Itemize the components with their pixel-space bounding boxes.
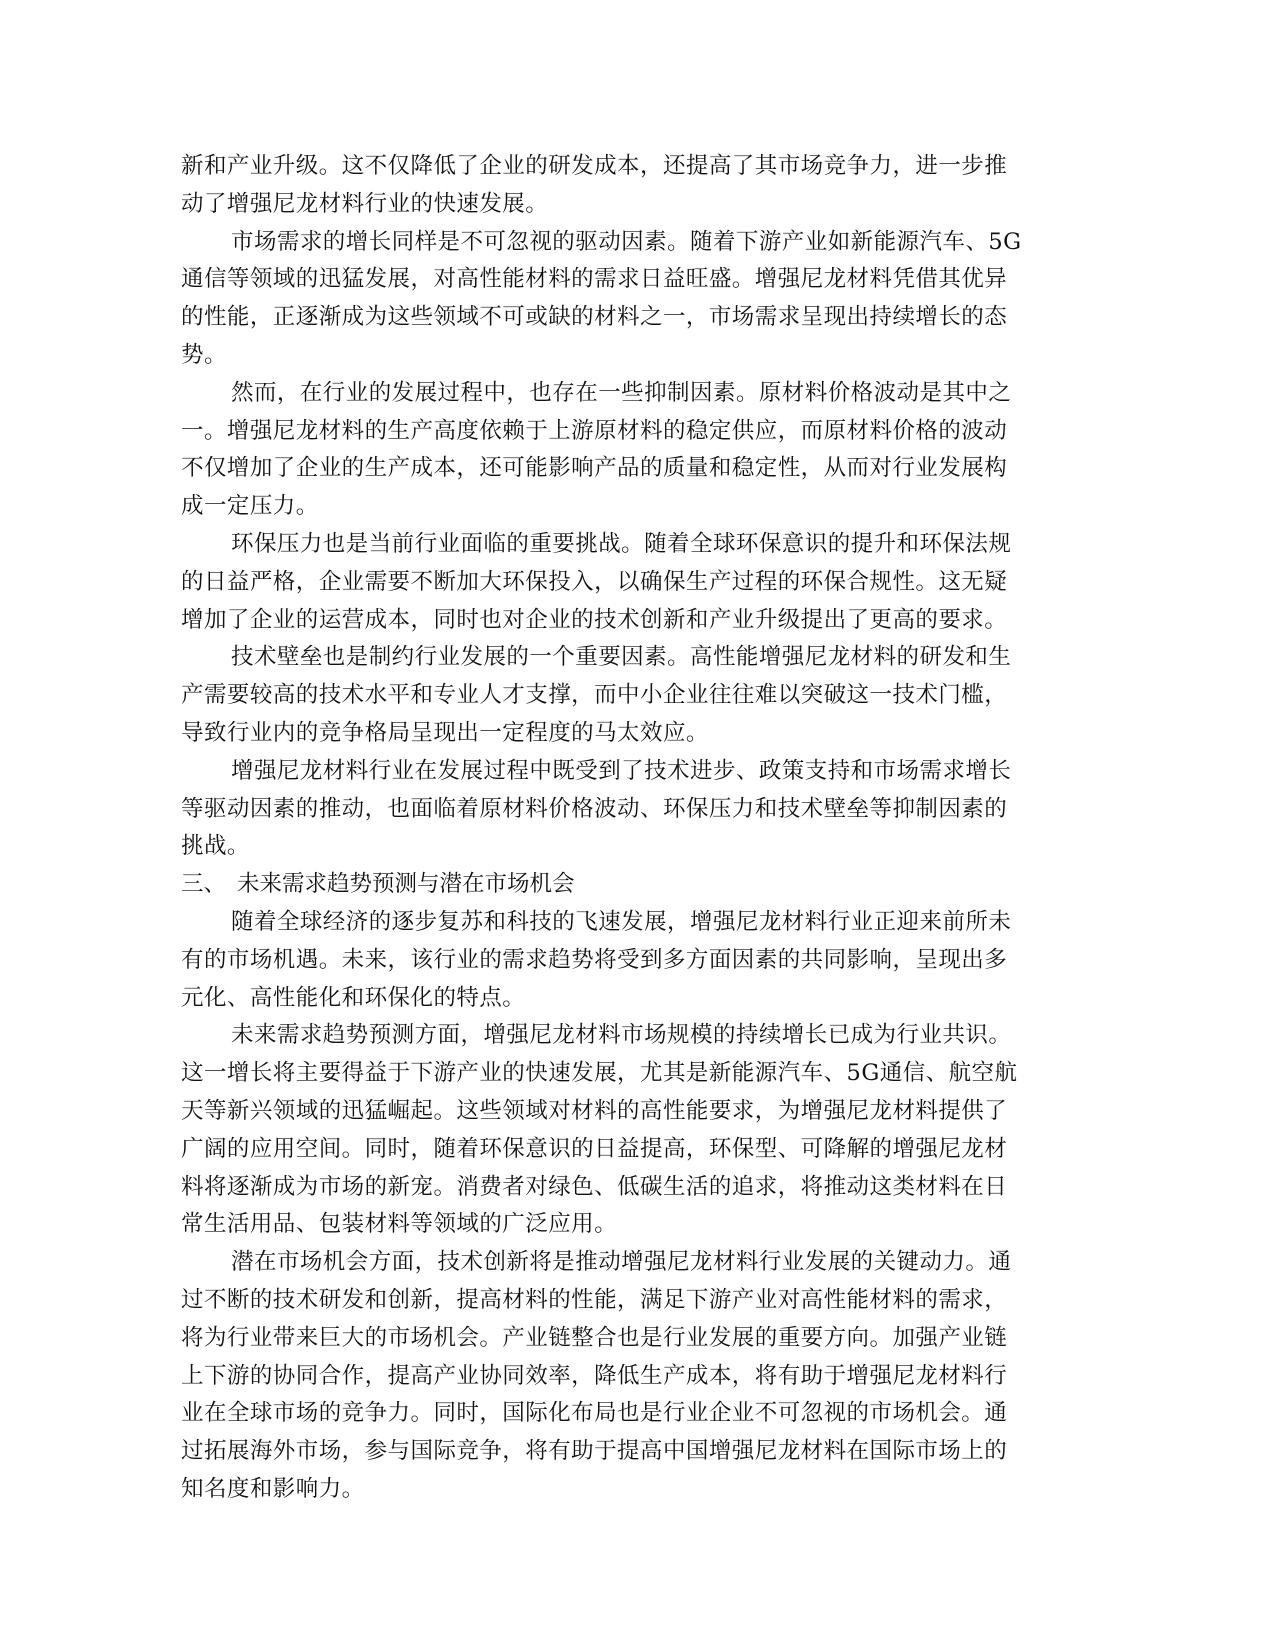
paragraph-section-intro: 随着全球经济的逐步复苏和科技的飞速发展，增强尼龙材料行业正迎来前所未 有的市场机…	[181, 904, 1081, 1017]
paragraph-demand-forecast: 未来需求趋势预测方面，增强尼龙材料市场规模的持续增长已成为行业共识。 这一增长将…	[181, 1017, 1081, 1244]
text-line: 通信等领域的迅猛发展，对高性能材料的需求日益旺盛。增强尼龙材料凭借其优异	[181, 261, 1081, 299]
text-line: 技术壁垒也是制约行业发展的一个重要因素。高性能增强尼龙材料的研发和生	[181, 639, 1081, 677]
text-line: 业在全球市场的竞争力。同时，国际化布局也是行业企业不可忽视的市场机会。通	[181, 1395, 1081, 1433]
text-line: 然而，在行业的发展过程中，也存在一些抑制因素。原材料价格波动是其中之	[181, 375, 1081, 413]
paragraph-summary: 增强尼龙材料行业在发展过程中既受到了技术进步、政策支持和市场需求增长 等驱动因素…	[181, 753, 1081, 866]
text-line: 知名度和影响力。	[181, 1471, 1081, 1509]
paragraph-tech-innovation-continued: 新和产业升级。这不仅降低了企业的研发成本，还提高了其市场竞争力，进一步推 动了增…	[181, 148, 1081, 224]
document-page: 新和产业升级。这不仅降低了企业的研发成本，还提高了其市场竞争力，进一步推 动了增…	[181, 148, 1081, 1509]
text-line: 不仅增加了企业的生产成本，还可能影响产品的质量和稳定性，从而对行业发展构	[181, 450, 1081, 488]
text-line: 势。	[181, 337, 1081, 375]
text-line: 过拓展海外市场，参与国际竞争，将有助于提高中国增强尼龙材料在国际市场上的	[181, 1433, 1081, 1471]
paragraph-market-demand: 市场需求的增长同样是不可忽视的驱动因素。随着下游产业如新能源汽车、5G 通信等领…	[181, 224, 1081, 375]
text-line: 动了增强尼龙材料行业的快速发展。	[181, 186, 1081, 224]
text-line: 挑战。	[181, 828, 1081, 866]
text-line: 将为行业带来巨大的市场机会。产业链整合也是行业发展的重要方向。加强产业链	[181, 1320, 1081, 1358]
text-line: 增强尼龙材料行业在发展过程中既受到了技术进步、政策支持和市场需求增长	[181, 753, 1081, 791]
text-line: 这一增长将主要得益于下游产业的快速发展，尤其是新能源汽车、5G通信、航空航	[181, 1055, 1081, 1093]
paragraph-raw-material-price: 然而，在行业的发展过程中，也存在一些抑制因素。原材料价格波动是其中之 一。增强尼…	[181, 375, 1081, 526]
text-line: 常生活用品、包装材料等领域的广泛应用。	[181, 1206, 1081, 1244]
text-line: 天等新兴领域的迅猛崛起。这些领域对材料的高性能要求，为增强尼龙材料提供了	[181, 1093, 1081, 1131]
text-line: 的日益严格，企业需要不断加大环保投入，以确保生产过程的环保合规性。这无疑	[181, 564, 1081, 602]
text-line: 上下游的协同合作，提高产业协同效率，降低生产成本，将有助于增强尼龙材料行	[181, 1358, 1081, 1396]
text-line: 的性能，正逐渐成为这些领域不可或缺的材料之一，市场需求呈现出持续增长的态	[181, 299, 1081, 337]
text-line: 未来需求趋势预测方面，增强尼龙材料市场规模的持续增长已成为行业共识。	[181, 1017, 1081, 1055]
text-line: 环保压力也是当前行业面临的重要挑战。随着全球环保意识的提升和环保法规	[181, 526, 1081, 564]
text-line: 等驱动因素的推动，也面临着原材料价格波动、环保压力和技术壁垒等抑制因素的	[181, 791, 1081, 829]
text-line: 潜在市场机会方面，技术创新将是推动增强尼龙材料行业发展的关键动力。通	[181, 1244, 1081, 1282]
text-line: 过不断的技术研发和创新，提高材料的性能，满足下游产业对高性能材料的需求，	[181, 1282, 1081, 1320]
text-line: 随着全球经济的逐步复苏和科技的飞速发展，增强尼龙材料行业正迎来前所未	[181, 904, 1081, 942]
text-line: 广阔的应用空间。同时，随着环保意识的日益提高，环保型、可降解的增强尼龙材	[181, 1131, 1081, 1169]
text-line: 产需要较高的技术水平和专业人才支撑，而中小企业往往难以突破这一技术门槛，	[181, 677, 1081, 715]
text-line: 导致行业内的竞争格局呈现出一定程度的马太效应。	[181, 715, 1081, 753]
text-line: 元化、高性能化和环保化的特点。	[181, 980, 1081, 1018]
paragraph-technical-barrier: 技术壁垒也是制约行业发展的一个重要因素。高性能增强尼龙材料的研发和生 产需要较高…	[181, 639, 1081, 752]
text-line: 有的市场机遇。未来，该行业的需求趋势将受到多方面因素的共同影响，呈现出多	[181, 942, 1081, 980]
text-line: 一。增强尼龙材料的生产高度依赖于上游原材料的稳定供应，而原材料价格的波动	[181, 413, 1081, 451]
paragraph-environmental-pressure: 环保压力也是当前行业面临的重要挑战。随着全球环保意识的提升和环保法规 的日益严格…	[181, 526, 1081, 639]
text-line: 增加了企业的运营成本，同时也对企业的技术创新和产业升级提出了更高的要求。	[181, 602, 1081, 640]
text-line: 成一定压力。	[181, 488, 1081, 526]
section-title: 未来需求趋势预测与潜在市场机会	[237, 871, 575, 897]
text-line: 料将逐渐成为市场的新宠。消费者对绿色、低碳生活的追求，将推动这类材料在日	[181, 1169, 1081, 1207]
text-line: 市场需求的增长同样是不可忽视的驱动因素。随着下游产业如新能源汽车、5G	[181, 224, 1081, 262]
section-heading: 三、未来需求趋势预测与潜在市场机会	[181, 866, 1081, 904]
paragraph-market-opportunities: 潜在市场机会方面，技术创新将是推动增强尼龙材料行业发展的关键动力。通 过不断的技…	[181, 1244, 1081, 1509]
section-number: 三、	[181, 866, 237, 904]
text-line: 新和产业升级。这不仅降低了企业的研发成本，还提高了其市场竞争力，进一步推	[181, 148, 1081, 186]
